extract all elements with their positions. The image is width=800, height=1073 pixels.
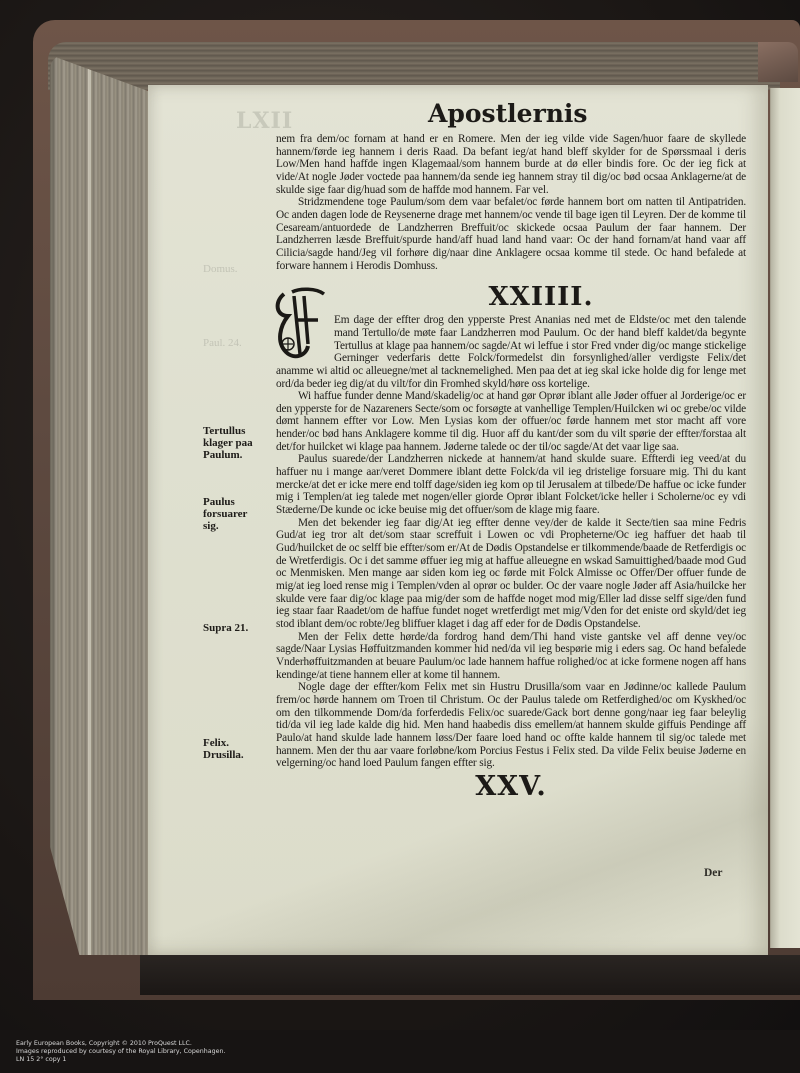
book-bottom-shadow xyxy=(140,955,800,995)
margin-note-supra: Supra 21. xyxy=(203,622,248,634)
scan-scene: LXII Apostlernis Domus. Paul. 24. Tertul… xyxy=(0,0,800,1030)
margin-note-show-through: Domus. xyxy=(203,263,238,275)
running-head: Apostlernis xyxy=(428,99,588,128)
book-page: LXII Apostlernis Domus. Paul. 24. Tertul… xyxy=(148,85,768,955)
paragraph-text: Em dage der effter drog den ypperste Pre… xyxy=(276,314,746,389)
paragraph: Nogle dage der effter/kom Felix met sin … xyxy=(276,681,746,770)
facing-page-edge xyxy=(770,88,800,948)
paragraph-with-initial: Em dage der effter drog den ypperste Pre… xyxy=(276,314,746,390)
paragraph: Stridzmendene toge Paulum/som dem vaar b… xyxy=(276,196,746,272)
chapter-heading-25: XXV. xyxy=(276,772,746,802)
page-body-text: nem fra dem/oc fornam at hand er en Rome… xyxy=(276,133,746,802)
copyright-footer: Early European Books, Copyright © 2010 P… xyxy=(16,1040,225,1065)
book-top-edge xyxy=(48,42,780,90)
chapter-heading-24: XXIIII. xyxy=(336,282,746,312)
margin-note-paulus: Paulus forsuarer sig. xyxy=(203,496,265,532)
footer-shelfmark-line: LN 15 2° copy 1 xyxy=(16,1056,225,1064)
ornamental-initial-icon xyxy=(270,286,330,362)
paragraph: Wi haffue funder denne Mand/skadelig/oc … xyxy=(276,390,746,453)
margin-note-felix: Felix. Drusilla. xyxy=(203,737,243,761)
decorated-initial xyxy=(270,286,328,358)
catchword: Der xyxy=(704,867,723,879)
page-edge-highlight xyxy=(88,55,91,955)
paragraph: nem fra dem/oc fornam at hand er en Rome… xyxy=(276,133,746,196)
margin-note-tertullus: Tertullus klager paa Paulum. xyxy=(203,425,267,461)
footer-copyright-line: Early European Books, Copyright © 2010 P… xyxy=(16,1040,225,1048)
paragraph: Paulus suarede/der Landzherren nickede a… xyxy=(276,453,746,516)
paragraph: Men der Felix dette hørde/da fordrog han… xyxy=(276,631,746,682)
book-page-stack xyxy=(50,55,148,955)
paragraph: Men det bekender ieg faar dig/At ieg eff… xyxy=(276,517,746,631)
folio-show-through: LXII xyxy=(236,108,293,134)
margin-note-show-through: Paul. 24. xyxy=(203,337,242,349)
